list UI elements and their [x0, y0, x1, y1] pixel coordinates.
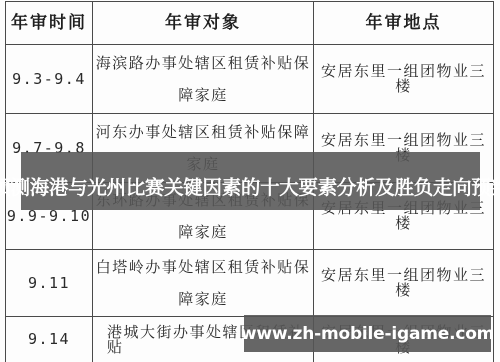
target-line: 障家庭: [93, 225, 313, 240]
table-row: 9.11 白塔岭办事处辖区租赁补贴保 障家庭 安居东里一组团物业三楼: [6, 250, 494, 317]
review-date-cell: 9.14: [6, 317, 93, 362]
review-date-cell: 9.3-9.4: [6, 45, 93, 114]
header-review-time: 年审时间: [6, 2, 93, 45]
target-line: 障家庭: [93, 292, 313, 307]
headline-text: 预测海港与光州比赛关键因素的十大要素分析及胜负走向预判: [0, 172, 500, 200]
review-date-cell: 9.11: [6, 250, 93, 317]
table-header-row: 年审时间 年审对象 年审地点: [6, 2, 494, 45]
headline-banner: 预测海港与光州比赛关键因素的十大要素分析及胜负走向预判: [21, 152, 480, 210]
target-line: 白塔岭办事处辖区租赁补贴保: [93, 260, 313, 275]
review-target-cell: 白塔岭办事处辖区租赁补贴保 障家庭: [93, 250, 314, 317]
review-target-cell: 海滨路办事处辖区租赁补贴保 障家庭: [93, 45, 314, 114]
table-row: 9.3-9.4 海滨路办事处辖区租赁补贴保 障家庭 安居东里一组团物业三楼: [6, 45, 494, 114]
target-line: 海滨路办事处辖区租赁补贴保: [93, 56, 313, 71]
watermark-badge: www.zh-mobile-igame.com: [244, 315, 491, 352]
target-line: 障家庭: [93, 88, 313, 103]
watermark-url: www.zh-mobile-igame.com: [241, 324, 494, 344]
review-location-cell: 安居东里一组团物业三楼: [314, 250, 494, 317]
review-location-cell: 安居东里一组团物业三楼: [314, 45, 494, 114]
header-review-location: 年审地点: [314, 2, 494, 45]
header-review-target: 年审对象: [93, 2, 314, 45]
target-line: 河东办事处辖区租赁补贴保障: [93, 125, 313, 140]
